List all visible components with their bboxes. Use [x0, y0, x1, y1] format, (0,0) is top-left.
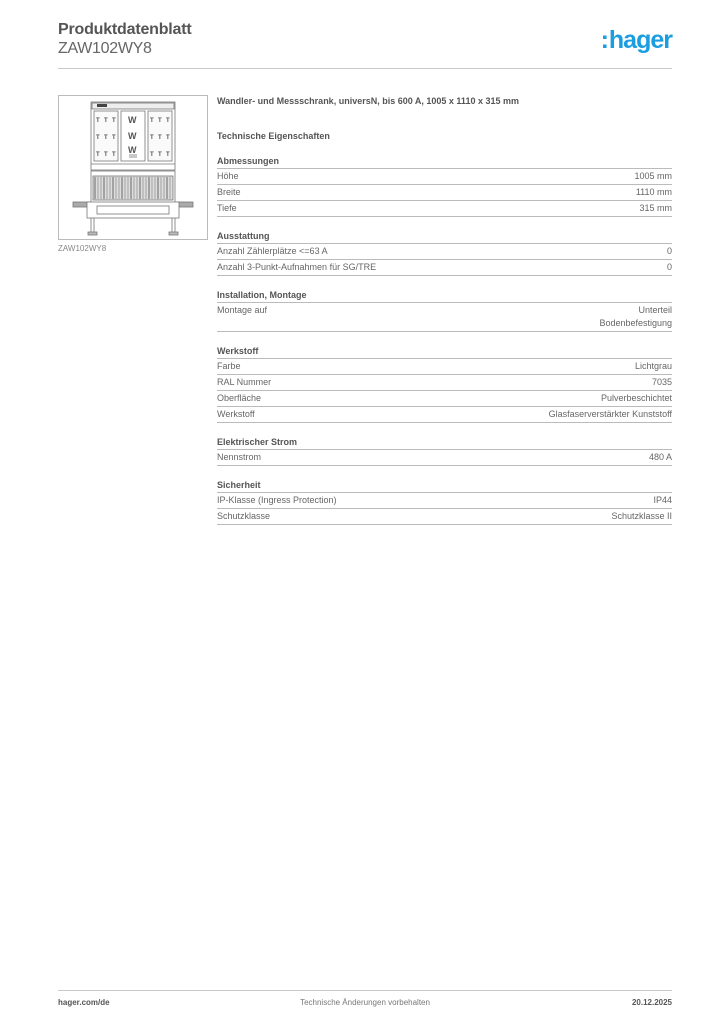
- property-label: IP-Klasse (Ingress Protection): [217, 494, 337, 507]
- svg-text:T: T: [150, 118, 154, 124]
- svg-text:T: T: [158, 135, 162, 141]
- property-label: Anzahl 3-Punkt-Aufnahmen für SG/TRE: [217, 261, 376, 274]
- product-image: TTTTTTTTTTTTTTTTTT WWW: [58, 95, 208, 240]
- property-row: Tiefe315 mm: [217, 201, 672, 217]
- property-label: Höhe: [217, 170, 239, 183]
- property-value: 0: [667, 245, 672, 258]
- property-row: Höhe1005 mm: [217, 169, 672, 185]
- page-header: Produktdatenblatt ZAW102WY8 :hager: [58, 20, 672, 58]
- disclaimer: Technische Änderungen vorbehalten: [58, 998, 672, 1007]
- svg-text:T: T: [166, 135, 170, 141]
- section-installation-montage: Installation, MontageMontage aufUntertei…: [217, 289, 672, 332]
- header-divider: [58, 68, 672, 69]
- svg-text:T: T: [112, 135, 116, 141]
- hager-logo: :hager: [601, 26, 672, 54]
- property-row: Montage aufUnterteil Bodenbefestigung: [217, 303, 672, 332]
- property-value: 480 A: [649, 451, 672, 464]
- property-row: WerkstoffGlasfaserverstärkter Kunststoff: [217, 407, 672, 423]
- section-title: Installation, Montage: [217, 289, 672, 303]
- property-row: FarbeLichtgrau: [217, 359, 672, 375]
- property-value: Glasfaserverstärkter Kunststoff: [549, 408, 672, 421]
- section-sicherheit: SicherheitIP-Klasse (Ingress Protection)…: [217, 479, 672, 525]
- svg-text:T: T: [104, 152, 108, 158]
- svg-text:T: T: [96, 135, 100, 141]
- property-label: RAL Nummer: [217, 376, 271, 389]
- document-title: Produktdatenblatt: [58, 20, 672, 39]
- property-label: Anzahl Zählerplätze <=63 A: [217, 245, 328, 258]
- section-werkstoff: WerkstoffFarbeLichtgrauRAL Nummer7035Obe…: [217, 345, 672, 423]
- svg-text:T: T: [96, 152, 100, 158]
- property-label: Breite: [217, 186, 241, 199]
- property-value: 1005 mm: [634, 170, 672, 183]
- property-label: Montage auf: [217, 304, 267, 317]
- property-value: Pulverbeschichtet: [601, 392, 672, 405]
- property-label: Schutzklasse: [217, 510, 270, 523]
- property-row: Nennstrom480 A: [217, 450, 672, 466]
- property-value: 7035: [652, 376, 672, 389]
- property-row: Breite1110 mm: [217, 185, 672, 201]
- property-value: IP44: [653, 494, 672, 507]
- property-value: 1110 mm: [636, 186, 672, 199]
- svg-text:T: T: [150, 135, 154, 141]
- property-value: 0: [667, 261, 672, 274]
- property-label: Nennstrom: [217, 451, 261, 464]
- svg-text:T: T: [158, 152, 162, 158]
- svg-text:T: T: [112, 118, 116, 124]
- svg-text:W: W: [128, 131, 137, 141]
- property-row: SchutzklasseSchutzklasse II: [217, 509, 672, 525]
- section-title: Ausstattung: [217, 230, 672, 244]
- property-row: Anzahl Zählerplätze <=63 A0: [217, 244, 672, 260]
- svg-text:T: T: [104, 135, 108, 141]
- svg-text:T: T: [166, 118, 170, 124]
- property-value: Lichtgrau: [635, 360, 672, 373]
- property-row: RAL Nummer7035: [217, 375, 672, 391]
- property-value: Schutzklasse II: [611, 510, 672, 523]
- document-date: 20.12.2025: [632, 998, 672, 1007]
- product-code: ZAW102WY8: [58, 39, 672, 58]
- property-label: Oberfläche: [217, 392, 261, 405]
- property-value: 315 mm: [639, 202, 672, 215]
- product-details: Wandler- und Messschrank, universN, bis …: [217, 95, 672, 525]
- svg-text:W: W: [128, 145, 137, 155]
- properties-sections: AbmessungenHöhe1005 mmBreite1110 mmTiefe…: [217, 155, 672, 525]
- section-title: Sicherheit: [217, 479, 672, 493]
- section-abmessungen: AbmessungenHöhe1005 mmBreite1110 mmTiefe…: [217, 155, 672, 217]
- svg-text:T: T: [158, 118, 162, 124]
- footer-divider: [58, 990, 672, 991]
- property-row: IP-Klasse (Ingress Protection)IP44: [217, 493, 672, 509]
- section-title: Elektrischer Strom: [217, 436, 672, 450]
- property-label: Tiefe: [217, 202, 237, 215]
- property-value: Unterteil Bodenbefestigung: [599, 304, 672, 330]
- image-caption: ZAW102WY8: [58, 244, 106, 253]
- svg-text:W: W: [128, 115, 137, 125]
- svg-text:T: T: [96, 118, 100, 124]
- property-label: Werkstoff: [217, 408, 255, 421]
- property-label: Farbe: [217, 360, 241, 373]
- svg-text:T: T: [150, 152, 154, 158]
- property-row: OberflächePulverbeschichtet: [217, 391, 672, 407]
- svg-text:T: T: [166, 152, 170, 158]
- svg-text:T: T: [112, 152, 116, 158]
- section-title: Werkstoff: [217, 345, 672, 359]
- technical-properties-heading: Technische Eigenschaften: [217, 130, 672, 142]
- svg-text:T: T: [104, 118, 108, 124]
- section-elektrischer-strom: Elektrischer StromNennstrom480 A: [217, 436, 672, 466]
- product-description: Wandler- und Messschrank, universN, bis …: [217, 95, 672, 107]
- cabinet-drawing-icon: TTTTTTTTTTTTTTTTTT WWW: [59, 96, 207, 239]
- logo-text: hager: [609, 26, 672, 54]
- section-ausstattung: AusstattungAnzahl Zählerplätze <=63 A0An…: [217, 230, 672, 276]
- property-row: Anzahl 3-Punkt-Aufnahmen für SG/TRE0: [217, 260, 672, 276]
- section-title: Abmessungen: [217, 155, 672, 169]
